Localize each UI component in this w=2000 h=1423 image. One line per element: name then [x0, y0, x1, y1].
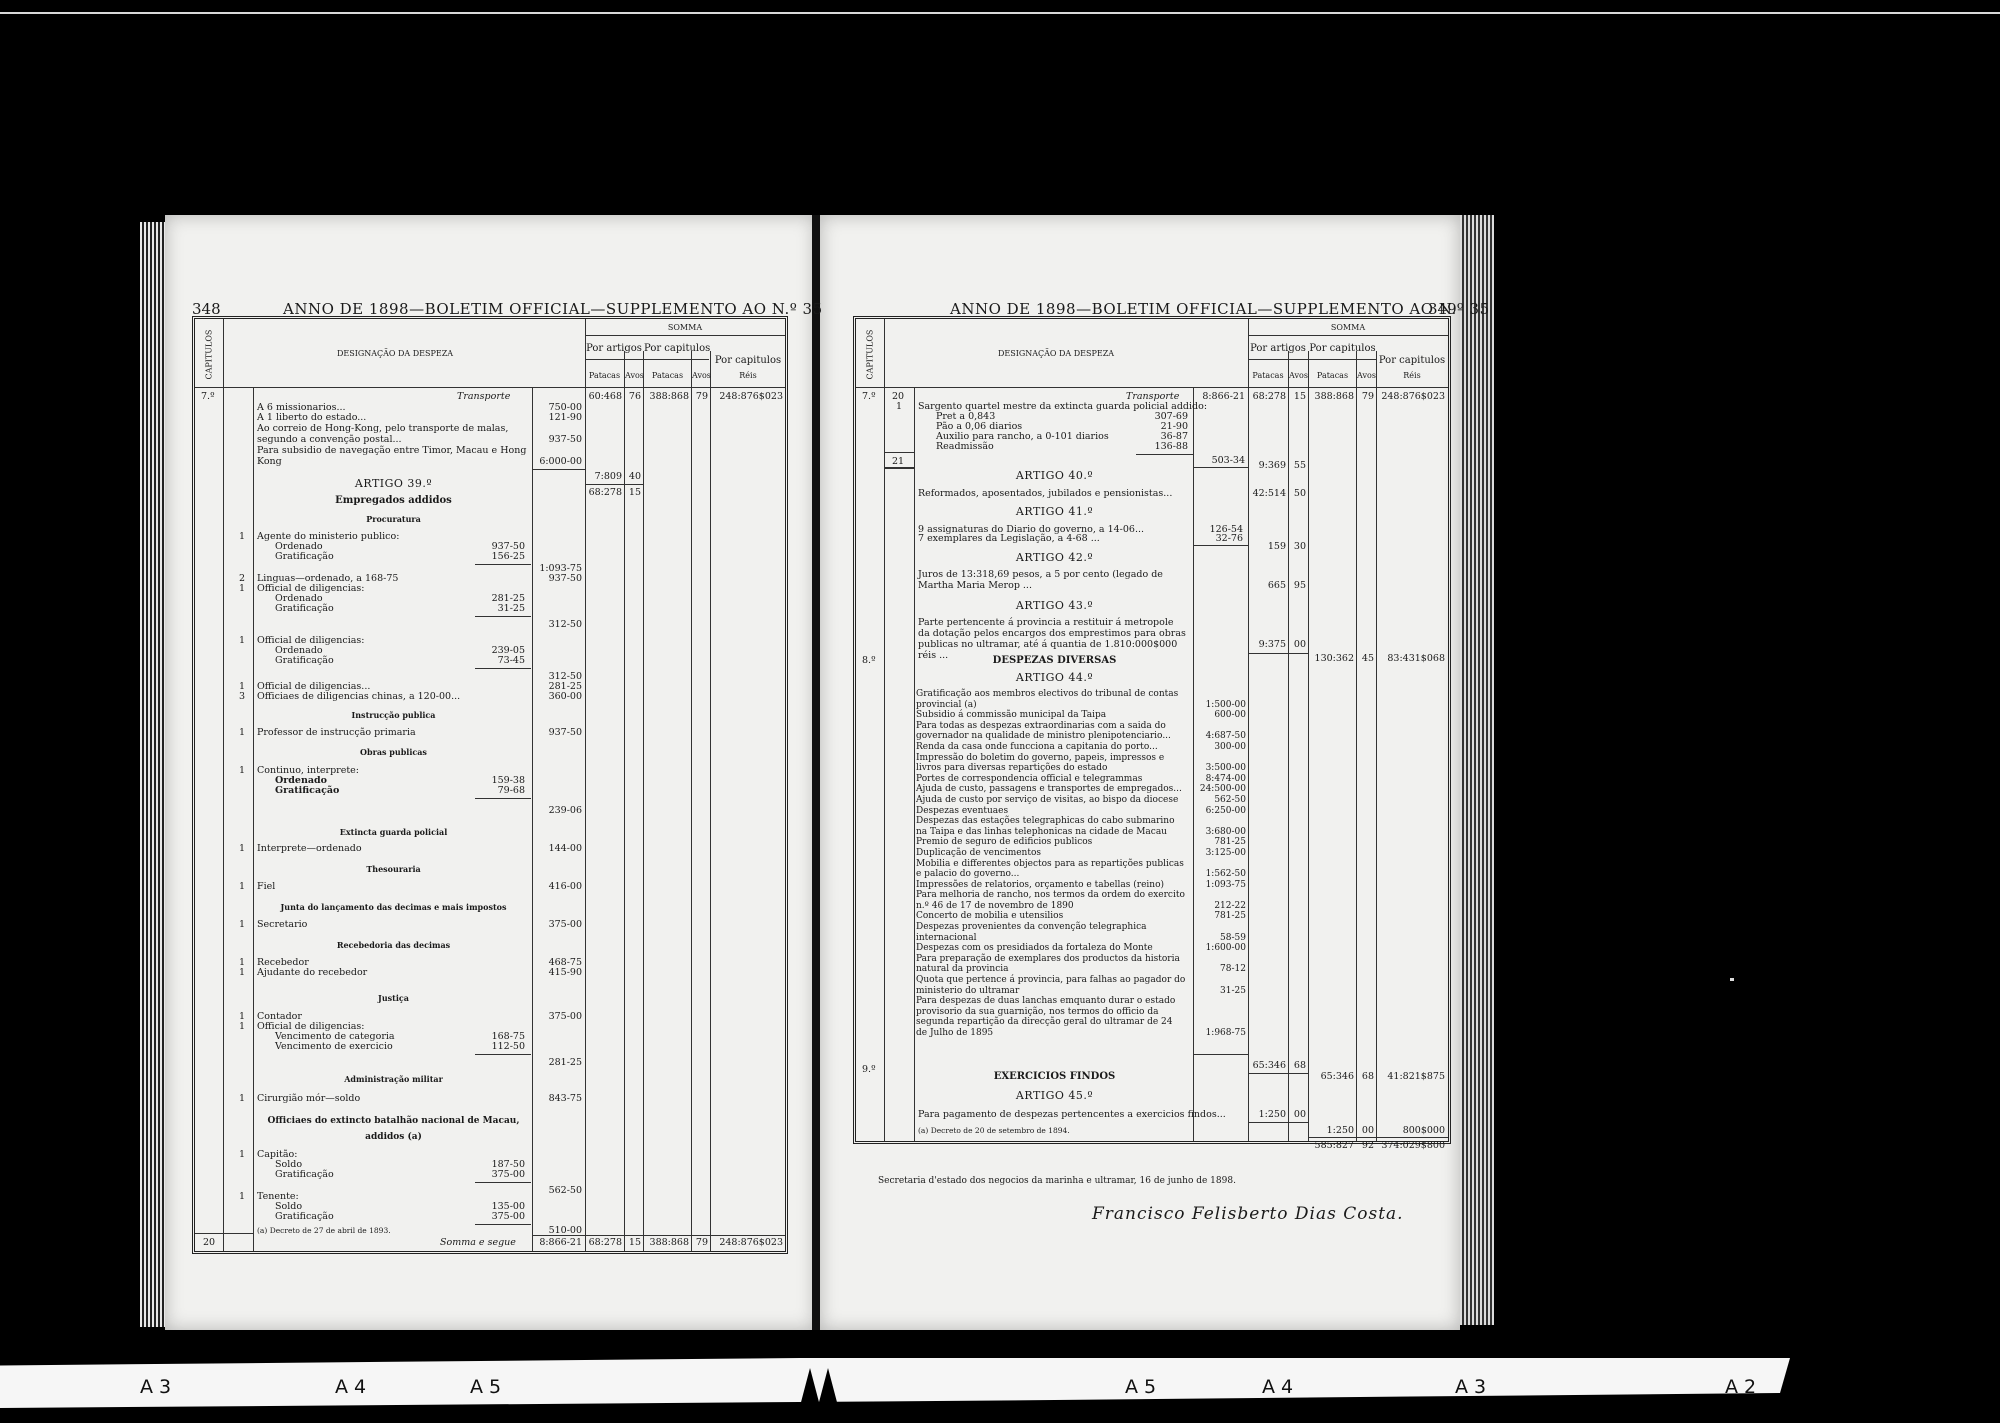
header-reis: Réis [711, 371, 785, 380]
amount: 15 [625, 487, 641, 498]
amount: 55 [1289, 460, 1306, 471]
header-capitulos: CAPITULOS [205, 324, 214, 380]
amount: 562-50 [532, 1185, 582, 1196]
amount: 144-00 [532, 843, 582, 854]
amount: 73-45 [465, 655, 525, 666]
amount: 130:362 [1309, 653, 1354, 664]
expense-line: Officiaes de diligencias chinas, a 120-0… [257, 691, 460, 702]
expense-item: Ajuda de custo por serviço de visitas, a… [916, 795, 1248, 806]
amount: 248:876$023 [1377, 391, 1445, 402]
expense-table-left: CAPITULOS DESIGNAÇÃO DA DESPEZA SOMMA Po… [192, 316, 788, 1254]
qty: 1 [239, 1149, 245, 1160]
expense-subline: Readmissão [936, 441, 994, 452]
amount: 136-88 [1126, 441, 1188, 452]
amount: 388:868 [644, 391, 689, 402]
amount: 937-50 [532, 434, 582, 445]
header-somma: SOMMA [585, 323, 785, 332]
qty: 1 [896, 401, 902, 412]
section-title: Officiaes do extincto batalhão nacional … [255, 1113, 532, 1145]
amount: 9:369 [1248, 460, 1286, 471]
expense-item: Premio de seguro de edificios publicos78… [916, 837, 1248, 848]
header-avos: Avos [1357, 371, 1376, 380]
expense-line: Interprete—ordenado [257, 843, 362, 854]
expense-subline: Gratificação [275, 551, 334, 562]
qty: 1 [239, 967, 245, 978]
strip-mark: A 5 [1125, 1376, 1156, 1398]
header-por-capitulos-reis: Por capitulos [1377, 355, 1447, 366]
artigo-44-list: Gratificação aos membros electivos do tr… [916, 689, 1248, 1039]
expense-item: Gratificação aos membros electivos do tr… [916, 689, 1248, 710]
section-title: Extincta guarda policial [255, 827, 532, 837]
expense-item: Mobilia e differentes objectos para as r… [916, 859, 1248, 880]
expense-line: Secretario [257, 919, 307, 930]
header-designacao: DESIGNAÇÃO DA DESPEZA [255, 349, 535, 358]
amount: 388:868 [644, 1237, 689, 1248]
strip-mark: A 3 [1455, 1376, 1486, 1398]
fold-marker [818, 1368, 838, 1406]
amount: 00 [1289, 639, 1306, 650]
amount: 68 [1357, 1071, 1374, 1082]
amount: 65:346 [1248, 1060, 1286, 1071]
scan-calibration-strip [0, 1358, 1790, 1408]
header-somma: SOMMA [1248, 323, 1448, 332]
grand-total: 374:029$800 [1377, 1140, 1445, 1151]
strip-mark: A 5 [470, 1376, 501, 1398]
artigo-heading: ARTIGO 40.º [916, 469, 1193, 482]
book-edge-left [140, 222, 166, 1327]
qty: 1 [239, 1191, 245, 1202]
capitulo-number: 7.º [201, 391, 215, 402]
amount: 31-25 [465, 603, 525, 614]
grand-total: 92 [1357, 1140, 1374, 1151]
amount: 32-76 [1193, 533, 1243, 544]
qty: 1 [239, 531, 245, 542]
expense-line: A 1 liberto do estado... [257, 412, 366, 423]
chapter-heading: EXERCICIOS FINDOS [916, 1071, 1193, 1082]
expense-item: Para preparação de exemplares dos produc… [916, 954, 1248, 975]
expense-line: Professor de instrucção primaria [257, 727, 416, 738]
grand-total: 585:827 [1309, 1140, 1354, 1151]
qty: 1 [239, 843, 245, 854]
amount: 415-90 [532, 967, 582, 978]
scanner-top-line [0, 12, 2000, 14]
amount: 83:431$068 [1377, 653, 1445, 664]
expense-line: Para pagamento de despezas pertencentes … [918, 1109, 1226, 1120]
strip-mark: A 4 [335, 1376, 366, 1398]
header-patacas: Patacas [644, 371, 691, 380]
amount: 15 [625, 1237, 641, 1248]
expense-line: Ao correio de Hong-Kong, pelo transporte… [257, 423, 527, 445]
amount: 248:876$023 [711, 1237, 783, 1248]
expense-item: Impressões de relatorios, orçamento e ta… [916, 880, 1248, 891]
amount: 79 [692, 1237, 708, 1248]
amount: 375-00 [532, 919, 582, 930]
expense-item: Para despezas de duas lanchas emquanto d… [916, 996, 1248, 1038]
somma-e-segue-label: Somma e segue [440, 1237, 516, 1248]
amount: 375-00 [465, 1169, 525, 1180]
amount: 8:866-21 [532, 1237, 582, 1248]
header-por-artigos: Por artigos [585, 343, 643, 354]
artigo-number: 21 [892, 456, 904, 467]
amount: 41:821$875 [1377, 1071, 1445, 1082]
amount: 665 [1248, 580, 1286, 591]
header-por-capitulos-reis: Por capitulos [711, 355, 785, 366]
capitulo-number: 8.º [862, 655, 876, 666]
section-title: Administração militar [255, 1074, 532, 1084]
signature: Francisco Felisberto Dias Costa. [1092, 1204, 1404, 1224]
amount: 7:809 [585, 471, 622, 482]
artigo-heading: ARTIGO 44.º [916, 671, 1193, 684]
expense-subline: Gratificação [275, 603, 334, 614]
capitulo-number: 9.º [862, 1064, 876, 1075]
qty: 1 [239, 765, 245, 776]
expense-line: Cirurgião mór—soldo [257, 1093, 360, 1104]
section-title: Instrucção publica [255, 710, 532, 720]
amount: 388:868 [1309, 391, 1354, 402]
amount: 159 [1248, 541, 1286, 552]
strip-mark: A 3 [140, 1376, 171, 1398]
expense-item: Para melhoria de rancho, nos termos da o… [916, 890, 1248, 911]
expense-subline: Gratificação [275, 655, 334, 666]
chapter-heading: DESPEZAS DIVERSAS [916, 655, 1193, 666]
qty: 1 [239, 1093, 245, 1104]
amount: 112-50 [465, 1041, 525, 1052]
section-title: Thesouraria [255, 864, 532, 874]
qty: 1 [239, 919, 245, 930]
closing-statement: Secretaria d'estado dos negocios da mari… [878, 1176, 1236, 1187]
expense-item: Despezas com os presidiados da fortaleza… [916, 943, 1248, 954]
artigo-heading: ARTIGO 45.º [916, 1089, 1193, 1102]
expense-item: Despezas provenientes da convenção teleg… [916, 922, 1248, 943]
expense-item: Concerto de mobilia e utensilios781-25 [916, 911, 1248, 922]
qty: 1 [239, 583, 245, 594]
expense-line: Reformados, aposentados, jubilados e pen… [918, 488, 1172, 499]
expense-item: Ajuda de custo, passagens e transportes … [916, 784, 1248, 795]
qty: 1 [239, 1021, 245, 1032]
expense-item: Portes de correspondencia official e tel… [916, 774, 1248, 785]
amount: 360-00 [532, 691, 582, 702]
amount: 68:278 [585, 487, 622, 498]
amount: 76 [625, 391, 641, 402]
amount: 30 [1289, 541, 1306, 552]
amount: 375-00 [532, 1011, 582, 1022]
expense-item: Para todas as despezas extraordinarias c… [916, 721, 1248, 742]
amount: 239-06 [532, 805, 582, 816]
footnote: (a) Decreto de 27 de abril de 1893. [257, 1225, 391, 1236]
expense-line: Ajudante do recebedor [257, 967, 367, 978]
amount: 9:375 [1248, 639, 1286, 650]
amount: 40 [625, 471, 641, 482]
amount: 312-50 [532, 619, 582, 630]
expense-item: Quota que pertence á provincia, para fal… [916, 975, 1248, 996]
amount: 503-34 [1193, 455, 1245, 466]
section-title: Junta do lançamento das decimas e mais i… [255, 902, 532, 912]
artigo-heading: ARTIGO 42.º [916, 551, 1193, 564]
amount: 121-90 [532, 412, 582, 423]
amount: 42:514 [1248, 488, 1286, 499]
expense-subline: Vencimento de exercicio [275, 1041, 393, 1052]
qty: 3 [239, 691, 245, 702]
expense-item: Duplicação de vencimentos3:125-00 [916, 848, 1248, 859]
expense-item: Despezas eventuaes6:250-00 [916, 806, 1248, 817]
strip-mark: A 2 [1725, 1376, 1756, 1398]
header-reis: Réis [1377, 371, 1447, 380]
expense-line: 7 exemplares da Legislação, a 4-68 ... [918, 533, 1100, 544]
artigo-number: 20 [203, 1237, 215, 1248]
expense-line: Para subsidio de navegação entre Timor, … [257, 445, 527, 467]
amount: 65:346 [1309, 1071, 1354, 1082]
amount: 156-25 [465, 551, 525, 562]
footnote: (a) Decreto de 20 de setembro de 1894. [918, 1125, 1070, 1136]
expense-subline: Gratificação [275, 785, 339, 796]
amount: 248:876$023 [711, 391, 783, 402]
amount: 45 [1357, 653, 1374, 664]
amount: 68:278 [1248, 391, 1286, 402]
strip-mark: A 4 [1262, 1376, 1293, 1398]
qty: 1 [239, 727, 245, 738]
fold-marker [800, 1368, 820, 1406]
book-edge-right [1460, 215, 1494, 1325]
amount: 50 [1289, 488, 1306, 499]
artigo-heading: ARTIGO 39.º [255, 477, 532, 490]
amount: 416-00 [532, 881, 582, 892]
transporte-label: Transporte [457, 391, 510, 402]
qty: 1 [239, 635, 245, 646]
capitulo-number: 7.º [862, 391, 876, 402]
artigo-heading: ARTIGO 43.º [916, 599, 1193, 612]
section-title: Justiça [255, 993, 532, 1003]
amount: 79 [1357, 391, 1374, 402]
header-avos: Avos [625, 371, 643, 380]
amount: 1:250 [1309, 1125, 1354, 1136]
header-patacas: Patacas [1248, 371, 1288, 380]
expense-subline: Gratificação [275, 1211, 334, 1222]
expense-item: Subsidio á commissão municipal da Taipa6… [916, 710, 1248, 721]
header-capitulos: CAPITULOS [866, 324, 875, 380]
expense-item: Impressão do boletim do governo, papeis,… [916, 753, 1248, 774]
expense-subline: Gratificação [275, 1169, 334, 1180]
header-designacao: DESIGNAÇÃO DA DESPEZA [916, 349, 1196, 358]
expense-table-right: CAPITULOS DESIGNAÇÃO DA DESPEZA SOMMA Po… [853, 316, 1451, 1144]
amount: 937-50 [532, 727, 582, 738]
section-title: Procuratura [255, 514, 532, 524]
amount: 00 [1357, 1125, 1374, 1136]
header-patacas: Patacas [1309, 371, 1356, 380]
amount: 843-75 [532, 1093, 582, 1104]
amount: 281-25 [532, 1057, 582, 1068]
section-title: Recebedoria das decimas [255, 940, 532, 950]
header-por-capitulos: Por capitulos [644, 343, 710, 354]
amount: 00 [1289, 1109, 1306, 1120]
speck [1730, 978, 1734, 981]
section-title: Obras publicas [255, 747, 532, 757]
header-por-capitulos: Por capitulos [1309, 343, 1376, 354]
expense-item: Despezas das estações telegraphicas do c… [916, 816, 1248, 837]
expense-line: Juros de 13:318,69 pesos, a 5 por cento … [918, 569, 1188, 591]
header-avos: Avos [1289, 371, 1308, 380]
header-por-artigos: Por artigos [1248, 343, 1308, 354]
amount: 1:250 [1248, 1109, 1286, 1120]
amount: 60:468 [585, 391, 622, 402]
amount: 68 [1289, 1060, 1306, 1071]
amount: 937-50 [532, 573, 582, 584]
amount: 79 [692, 391, 708, 402]
amount: 68:278 [585, 1237, 622, 1248]
header-patacas: Patacas [585, 371, 624, 380]
expense-line: Fiel [257, 881, 275, 892]
artigo-heading: ARTIGO 41.º [916, 505, 1193, 518]
amount: 800$000 [1377, 1125, 1445, 1136]
amount: 79-68 [465, 785, 525, 796]
expense-item: Renda da casa onde funcciona a capitania… [916, 742, 1248, 753]
amount: 15 [1289, 391, 1306, 402]
amount: 6:000-00 [532, 456, 582, 467]
header-avos: Avos [692, 371, 710, 380]
amount: 95 [1289, 580, 1306, 591]
amount: 375-00 [465, 1211, 525, 1222]
qty: 1 [239, 881, 245, 892]
subheading: Empregados addidos [255, 495, 532, 506]
